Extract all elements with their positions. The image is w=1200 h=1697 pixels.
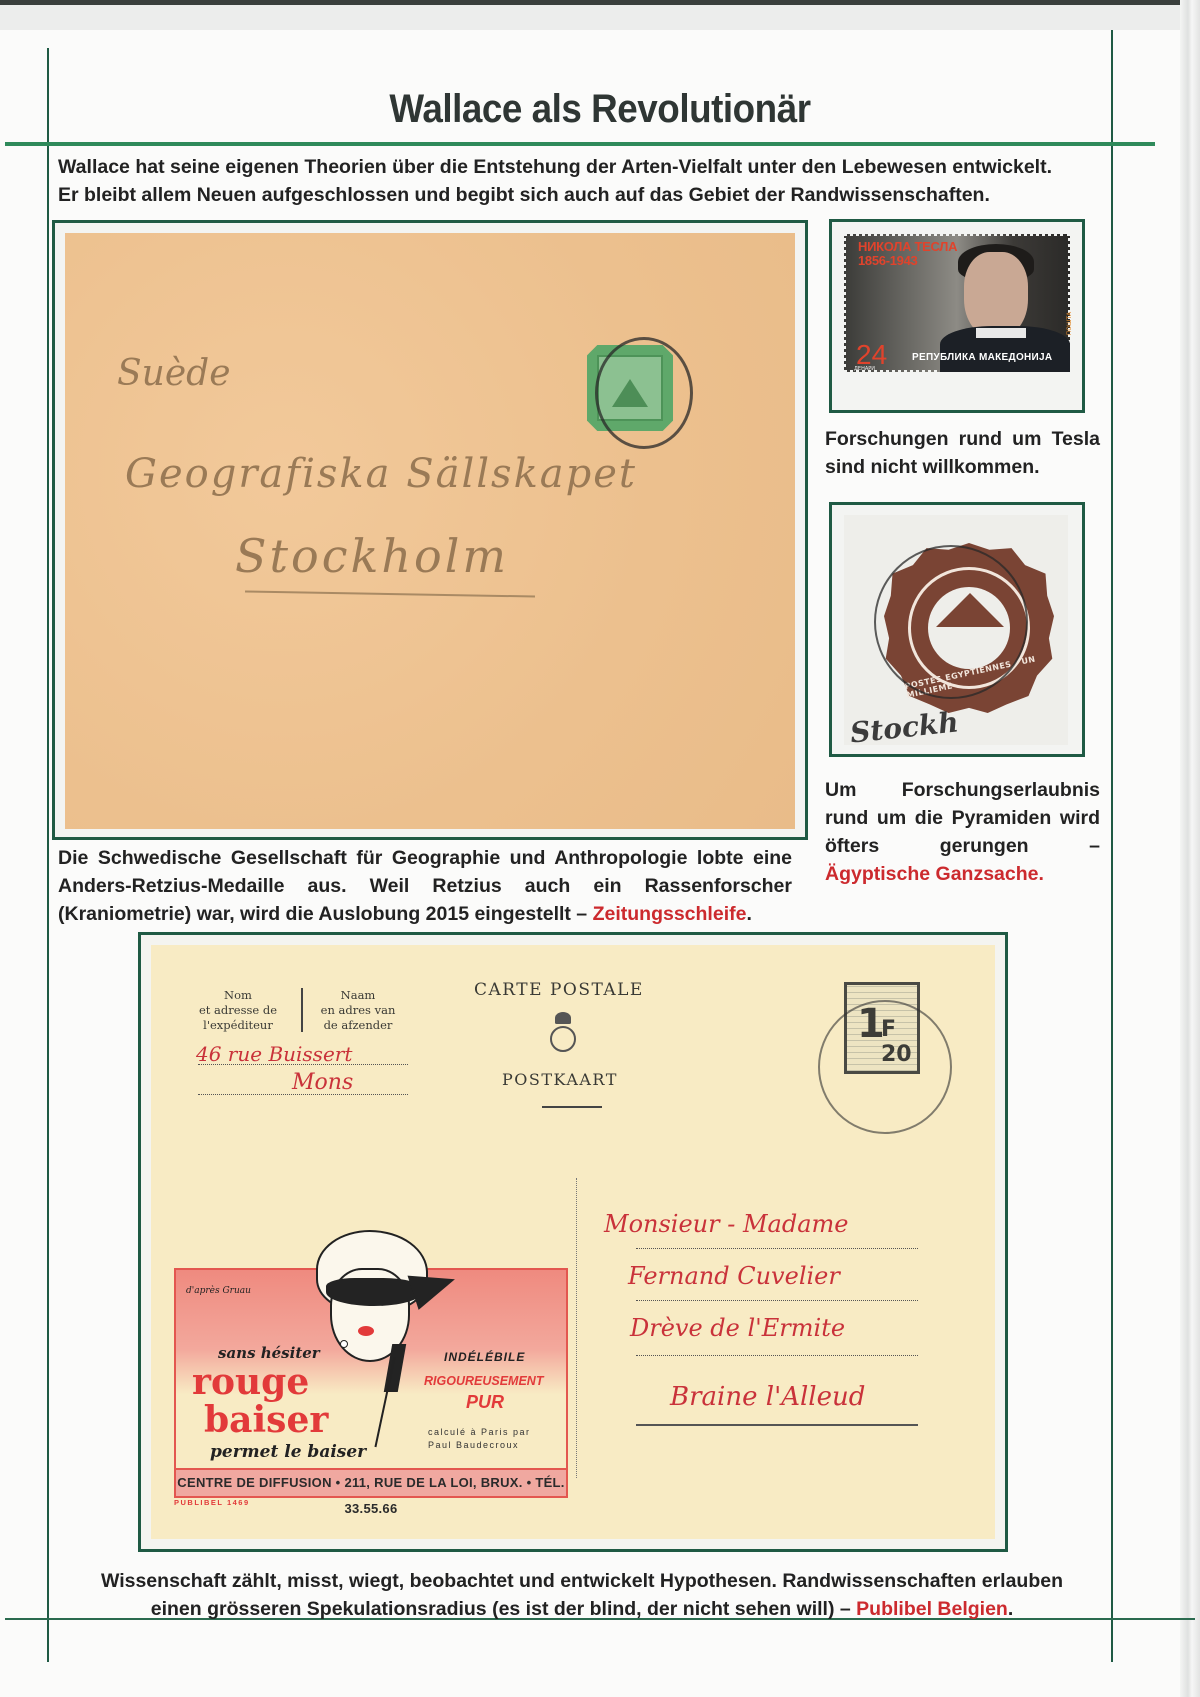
egypt-postal-stationery-cut: POSTES EGYPTIENNES - UN MILLIEME Stockh <box>844 515 1068 745</box>
ad-tagline-bottom: permet le baiser <box>210 1442 366 1462</box>
title-underline <box>542 1106 602 1108</box>
handwriting-fragment: Stockh <box>849 705 960 749</box>
egypt-cut-mount: POSTES EGYPTIENNES - UN MILLIEME Stockh <box>829 502 1085 757</box>
tesla-stamp: НИКОЛА ТЕСЛА1856-1943 24 ДЕНАРИ РЕПУБЛИК… <box>844 234 1070 372</box>
ad-rigoureusement: RIGOUREUSEMENT <box>424 1374 543 1388</box>
tesla-stamp-country: РЕПУБЛИКА МАКЕДОНИЈА <box>912 352 1052 363</box>
tesla-stamp-name: НИКОЛА ТЕСЛА1856-1943 <box>858 240 957 268</box>
scan-margin-top <box>0 5 1200 30</box>
ad-indelebile: INDÉLÉBILE <box>444 1350 525 1364</box>
egypt-postmark <box>874 545 1028 699</box>
tesla-stamp-posta: ПОШТА <box>1066 312 1073 335</box>
tesla-stamp-mount: НИКОЛА ТЕСЛА1856-1943 24 ДЕНАРИ РЕПУБЛИК… <box>829 219 1085 413</box>
bottom-caption-highlight: Publibel Belgien <box>856 1598 1008 1620</box>
bottom-caption: Wissenschaft zählt, misst, wiegt, beobac… <box>52 1567 1112 1623</box>
ad-pur: PUR <box>466 1392 504 1413</box>
sender-label-fr: Nom et adresse de l'expéditeur <box>180 988 296 1033</box>
wrapper-caption-highlight: Zeitungsschleife <box>593 903 747 925</box>
handwriting-addressee: Geografiska Sällskapet <box>125 451 637 497</box>
address-line-1: Monsieur - Madame <box>604 1210 849 1238</box>
bottom-caption-line-2: einen grösseren Spekulationsradius (es i… <box>52 1595 1112 1623</box>
wrapper-mount: Suède Geografiska Sällskapet Stockholm <box>52 220 808 840</box>
ad-publibel-number: PUBLIBEL 1469 <box>174 1496 250 1509</box>
intro-line-2: Er bleibt allem Neuen aufgeschlossen und… <box>58 181 1118 209</box>
newspaper-wrapper: Suède Geografiska Sällskapet Stockholm <box>65 233 795 829</box>
postcard-title-fr: CARTE POSTALE <box>474 980 644 1000</box>
ad-brand-rouge: rouge <box>192 1364 309 1400</box>
left-margin-rule <box>47 48 49 1662</box>
egypt-caption-highlight: Ägyptische Ganzsache. <box>825 863 1044 885</box>
bottom-caption-line-1: Wissenschaft zählt, misst, wiegt, beobac… <box>52 1567 1112 1595</box>
sender-handwriting-street: 46 rue Buissert <box>196 1042 352 1066</box>
scan-edge-right <box>1180 0 1200 1697</box>
address-line-4: Braine l'Alleud <box>670 1382 865 1412</box>
tesla-caption: Forschungen rund um Tesla sind nicht wil… <box>825 425 1100 481</box>
tesla-stamp-value: 24 <box>856 342 887 368</box>
egypt-caption: Um Forschungserlaubnis rund um die Pyram… <box>825 776 1100 888</box>
title-divider <box>5 142 1155 146</box>
ad-credit: calculé à Paris par Paul Baudecroux <box>428 1426 531 1452</box>
tesla-stamp-currency: ДЕНАРИ <box>854 366 875 372</box>
handwriting-city: Stockholm <box>235 529 509 583</box>
ad-tagline-top: sans hésiter <box>218 1344 320 1362</box>
ad-brand-baiser: baiser <box>204 1402 328 1438</box>
handwriting-country: Suède <box>117 353 231 394</box>
page-title: Wallace als Revolutionär <box>48 87 1152 132</box>
intro-text: Wallace hat seine eigenen Theorien über … <box>58 153 1118 209</box>
intro-line-1: Wallace hat seine eigenen Theorien über … <box>58 153 1118 181</box>
sender-label-divider <box>301 988 303 1032</box>
mons-postmark <box>818 1000 952 1134</box>
wrapper-caption: Die Schwedische Gesellschaft für Geograp… <box>58 844 792 928</box>
ad-footer: CENTRE DE DIFFUSION • 211, RUE DE LA LOI… <box>176 1468 566 1496</box>
right-margin-rule <box>1111 30 1113 1662</box>
post-horn-crown-icon <box>548 1012 578 1052</box>
sender-label-nl: Naam en adres van de afzender <box>306 988 410 1033</box>
address-line-3: Drève de l'Ermite <box>630 1314 845 1342</box>
sender-handwriting-city: Mons <box>292 1070 353 1095</box>
address-line-2: Fernand Cuvelier <box>628 1262 840 1290</box>
postcard-title-nl: POSTKAART <box>502 1070 618 1089</box>
cairo-postmark <box>595 337 693 449</box>
postcard-divider <box>576 1178 577 1478</box>
handwriting-underline <box>245 590 535 597</box>
ad-illustration-blindfold <box>326 1278 422 1306</box>
ad-artist-credit: d'après Gruau <box>186 1286 251 1296</box>
ad-illustration-lips <box>358 1326 374 1336</box>
